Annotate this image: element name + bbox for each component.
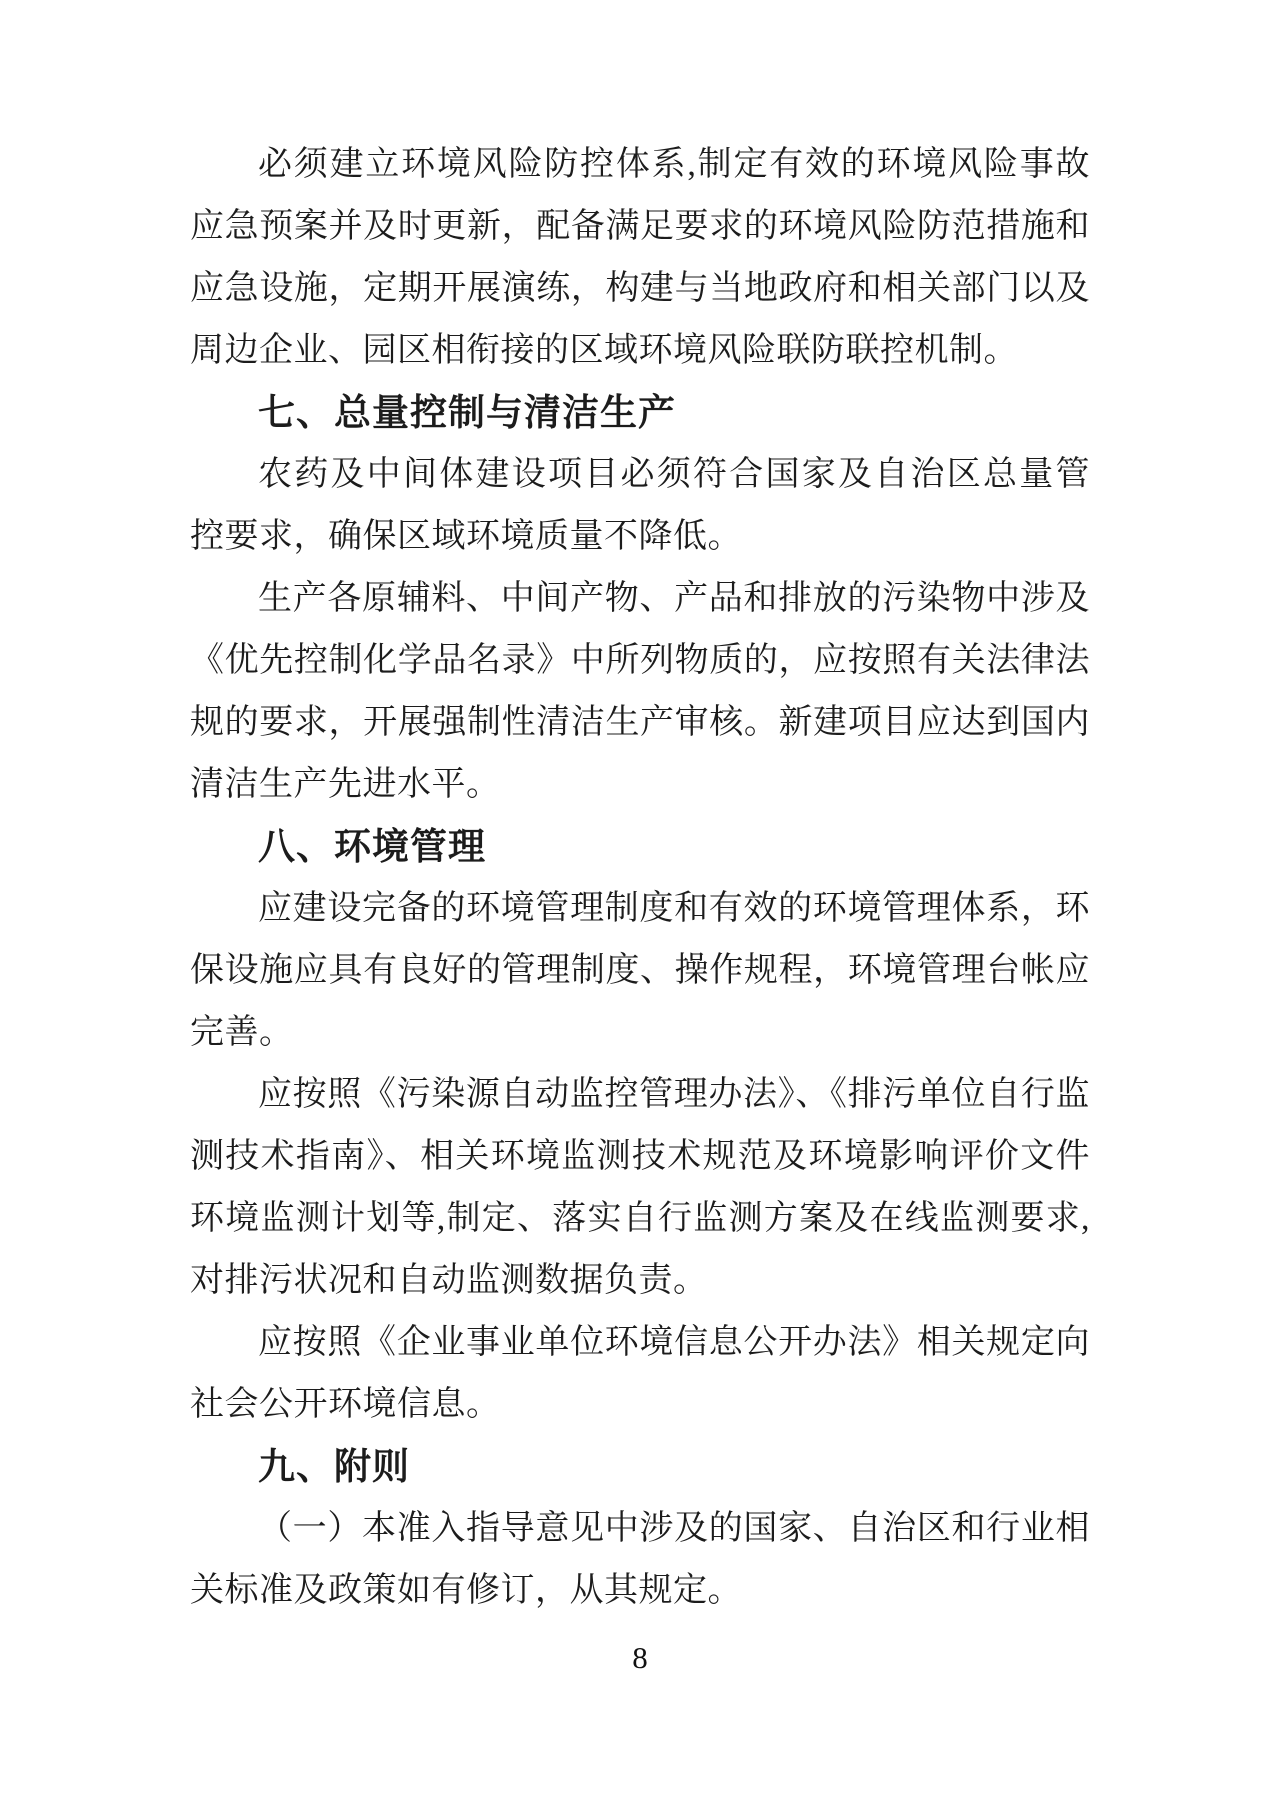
text-line: 清洁生产先进水平。: [190, 754, 1090, 816]
section-heading: 七、总量控制与清洁生产: [190, 382, 1090, 444]
text-line: 农药及中间体建设项目必须符合国家及自治区总量管: [190, 444, 1090, 506]
text-line: 应急设施，定期开展演练，构建与当地政府和相关部门以及: [190, 258, 1090, 320]
page-number: 8: [0, 1640, 1280, 1676]
text-line: 关标准及政策如有修订，从其规定。: [190, 1560, 1090, 1622]
section-heading: 八、环境管理: [190, 816, 1090, 878]
document-body: 必须建立环境风险防控体系,制定有效的环境风险事故应急预案并及时更新，配备满足要求…: [190, 134, 1090, 1622]
section-heading: 九、附则: [190, 1436, 1090, 1498]
text-line: 应按照《污染源自动监控管理办法》、《排污单位自行监: [190, 1064, 1090, 1126]
text-line: 必须建立环境风险防控体系,制定有效的环境风险事故: [190, 134, 1090, 196]
text-line: 《优先控制化学品名录》中所列物质的，应按照有关法律法: [190, 630, 1090, 692]
text-line: 应按照《企业事业单位环境信息公开办法》相关规定向: [190, 1312, 1090, 1374]
text-line: 对排污状况和自动监测数据负责。: [190, 1250, 1090, 1312]
document-page: 必须建立环境风险防控体系,制定有效的环境风险事故应急预案并及时更新，配备满足要求…: [0, 0, 1280, 1810]
text-line: 周边企业、园区相衔接的区域环境风险联防联控机制。: [190, 320, 1090, 382]
text-line: 环境监测计划等,制定、落实自行监测方案及在线监测要求,: [190, 1188, 1090, 1250]
text-line: 测技术指南》、相关环境监测技术规范及环境影响评价文件: [190, 1126, 1090, 1188]
text-line: 应急预案并及时更新，配备满足要求的环境风险防范措施和: [190, 196, 1090, 258]
text-line: 应建设完备的环境管理制度和有效的环境管理体系，环: [190, 878, 1090, 940]
text-line: 完善。: [190, 1002, 1090, 1064]
text-line: 社会公开环境信息。: [190, 1374, 1090, 1436]
text-line: 控要求，确保区域环境质量不降低。: [190, 506, 1090, 568]
text-line: 规的要求，开展强制性清洁生产审核。新建项目应达到国内: [190, 692, 1090, 754]
text-line: （一）本准入指导意见中涉及的国家、自治区和行业相: [190, 1498, 1090, 1560]
text-line: 生产各原辅料、中间产物、产品和排放的污染物中涉及: [190, 568, 1090, 630]
text-line: 保设施应具有良好的管理制度、操作规程，环境管理台帐应: [190, 940, 1090, 1002]
